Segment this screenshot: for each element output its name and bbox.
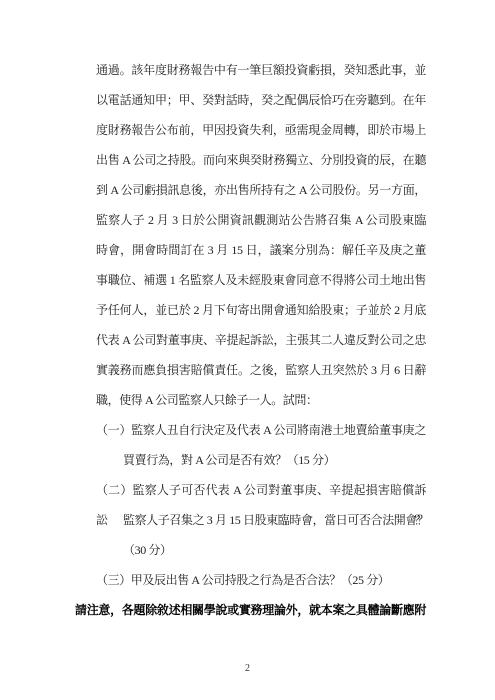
case-text-line: 監察人子 2 月 3 日於公開資訊觀測站公告將召集 A 公司股東臨 [96, 205, 426, 235]
exam-note-line: 請注意，各題除敘述相關學說或實務理論外，就本案之具體論斷應附 [75, 595, 426, 625]
case-text-line: 以電話通知甲；甲、癸對話時，癸之配偶辰恰巧在旁聽到。在年 [96, 85, 426, 115]
case-text-line: 通過。該年度財務報告中有一筆巨額投資虧損，癸知悉此事，並 [96, 55, 426, 85]
case-text-line: 出售 A 公司之持股。而向來與癸財務獨立、分別投資的辰，在聽 [96, 145, 426, 175]
document-page: 通過。該年度財務報告中有一筆巨額投資虧損，癸知悉此事，並 以電話通知甲；甲、癸對… [0, 0, 495, 700]
question-3-line: （三）甲及辰出售 A 公司持股之行為是否合法？（25 分） [96, 565, 426, 595]
case-text-line: 職，使得 A 公司監察人只餘子一人。試問： [96, 385, 426, 415]
case-text-line: 事職位、補選 1 名監察人及未經股東會同意不得將公司土地出售 [96, 265, 426, 295]
question-2-cont: 監察人子召集之 3 月 15 日股東臨時會，當日可否合法開會？ [96, 505, 426, 535]
case-text-line: 代表 A 公司對董事庚、辛提起訴訟，主張其二人違反對公司之忠 [96, 325, 426, 355]
page-number: 2 [0, 663, 495, 674]
question-1-line: （一）監察人丑自行決定及代表 A 公司將南港土地賣給董事庚之 [96, 415, 426, 445]
question-2-line: （二）監察人子可否代表 A 公司對董事庚、辛提起損害賠償訴訟？ [96, 475, 426, 505]
case-text-line: 到 A 公司虧損訊息後，亦出售所持有之 A 公司股份。另一方面， [96, 175, 426, 205]
question-1-cont: 買賣行為，對 A 公司是否有效？（15 分） [96, 445, 426, 475]
case-text-line: 時會，開會時間訂在 3 月 15 日，議案分別為：解任辛及庚之董 [96, 235, 426, 265]
case-text-line: 度財務報告公布前，甲因投資失利，亟需現金周轉，即於市場上 [96, 115, 426, 145]
question-2-score: （30 分） [96, 535, 426, 565]
case-text-line: 實義務而應負損害賠償責任。之後，監察人丑突然於 3 月 6 日辭 [96, 355, 426, 385]
case-text-line: 予任何人，並已於 2 月下旬寄出開會通知給股東；子並於 2 月底 [96, 295, 426, 325]
